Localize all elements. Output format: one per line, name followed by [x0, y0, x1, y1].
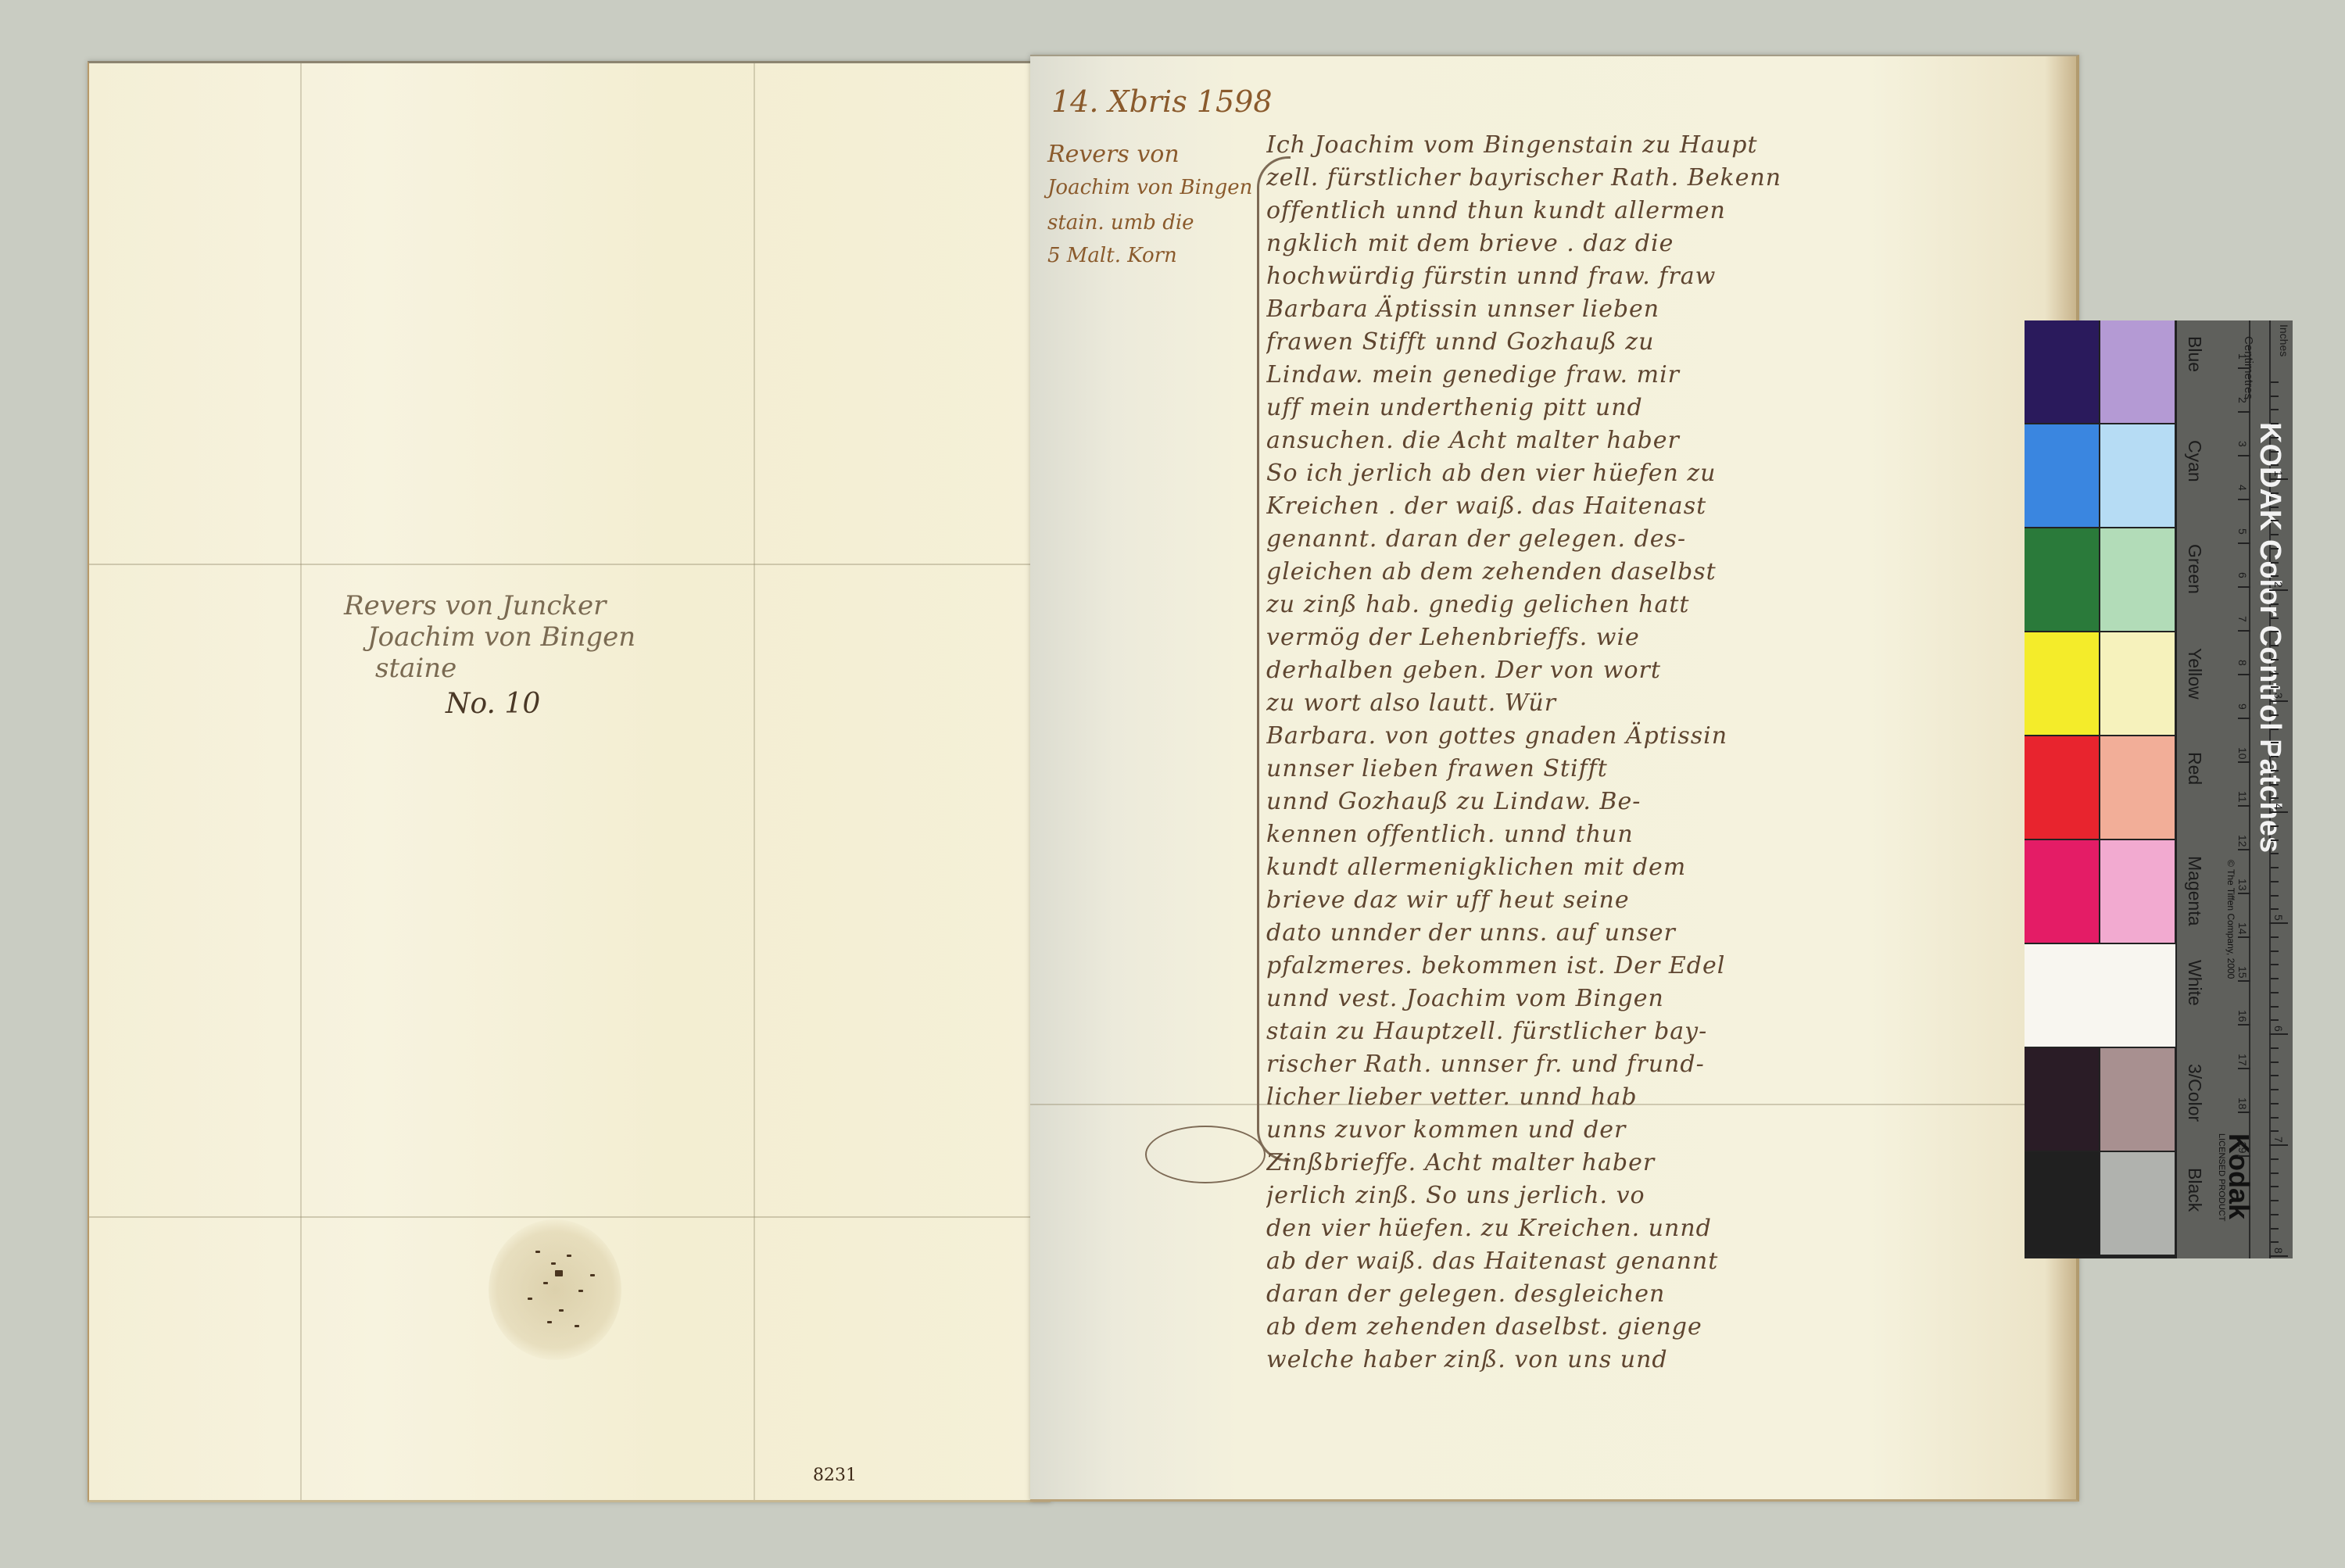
inch-subtick [2271, 423, 2279, 424]
units-inches: Inches [2278, 324, 2290, 356]
cm-tick-label: 5 [2236, 528, 2249, 535]
body-line: gleichen ab dem zehenden daselbst [1266, 556, 1985, 589]
inch-subtick [2271, 1061, 2279, 1063]
cm-tick [2238, 499, 2250, 500]
cm-tick [2238, 630, 2250, 632]
body-line: ngklich mit dem brieve . daz die [1266, 227, 1985, 260]
body-line: uff mein underthenig pitt und [1266, 392, 1985, 424]
inch-subtick [2271, 895, 2279, 897]
body-line: offentlich unnd thun kundt allermen [1266, 195, 1985, 227]
body-line: unnser lieben frawen Stifft [1266, 753, 1985, 786]
cm-tick [2238, 1155, 2250, 1157]
body-line: ab dem zehenden daselbst. gienge [1266, 1311, 1985, 1344]
inch-tick-label: 8 [2272, 1248, 2285, 1254]
cm-tick-label: 9 [2236, 703, 2249, 710]
cm-tick-label: 15 [2236, 966, 2249, 979]
inch-tick-label: 6 [2272, 1026, 2285, 1032]
cm-tick [2238, 586, 2250, 588]
body-line: rischer Rath. unnser fr. und frund- [1266, 1048, 1985, 1081]
body-line: licher lieber vetter. unnd hab [1266, 1081, 1985, 1114]
patch-label: Green [2184, 544, 2205, 594]
patch-label: Yellow [2184, 648, 2205, 700]
patch-blue-light [2100, 320, 2175, 423]
body-line: zell. fürstlicher bayrischer Rath. Beken… [1266, 162, 1985, 195]
body-line: unns zuvor kommen und der [1266, 1114, 1985, 1147]
inch-subtick [2271, 1117, 2279, 1119]
patch-3-color-dark [2025, 1048, 2099, 1151]
body-line: welche haber zinß. von uns und [1266, 1344, 1985, 1376]
cm-tick [2238, 455, 2250, 456]
patch-magenta-dark [2025, 840, 2099, 943]
body-line: Barbara. von gottes gnaden Äptissin [1266, 720, 1985, 753]
inch-subtick [2271, 396, 2279, 397]
body-line: Kreichen . der waiß. das Haitenast [1266, 490, 1985, 523]
patch-label: 3/Color [2184, 1064, 2205, 1122]
cm-tick-label: 10 [2236, 747, 2249, 760]
inch-subtick [2271, 1006, 2279, 1008]
patch-green-light [2100, 528, 2175, 631]
ruler-scale: Centimetres Inches KODAK Color Control P… [2177, 320, 2293, 1258]
patch-label: Black [2184, 1168, 2205, 1212]
patch-red-light [2100, 736, 2175, 839]
body-line: kennen offentlich. unnd thun [1266, 818, 1985, 851]
cm-tick-label: 16 [2236, 1010, 2249, 1022]
patch-yellow-light [2100, 632, 2175, 735]
inch-subtick [2271, 756, 2279, 757]
body-line: unnd vest. Joachim vom Bingen [1266, 983, 1985, 1015]
inch-subtick [2271, 908, 2279, 910]
margin-note-line: Revers von [1047, 141, 1180, 168]
inch-subtick [2271, 1089, 2279, 1090]
cm-tick [2238, 936, 2250, 938]
docket-line: Revers von Juncker [344, 590, 606, 621]
inch-tick-label: 7 [2272, 1137, 2285, 1143]
patch-black-light [2100, 1152, 2175, 1255]
inch-subtick [2271, 964, 2279, 965]
inch-subtick [2271, 978, 2279, 979]
inch-subtick [2271, 645, 2279, 646]
patch-black-dark [2025, 1152, 2099, 1255]
inch-subtick [2271, 992, 2279, 993]
cm-tick [2238, 1068, 2250, 1069]
body-line: den vier hüefen. zu Kreichen. unnd [1266, 1212, 1985, 1245]
inch-subtick [2271, 534, 2279, 535]
cm-tick-label: 6 [2236, 572, 2249, 578]
cm-tick-label: 11 [2236, 791, 2249, 803]
patch-3-color-light [2100, 1048, 2175, 1151]
body-line: Ich Joachim vom Bingenstain zu Haupt [1266, 129, 1985, 162]
docket-line: staine [375, 653, 456, 684]
inch-subtick [2271, 437, 2279, 439]
inch-subtick [2271, 1186, 2279, 1187]
body-line: ab der waiß. das Haitenast genannt [1266, 1245, 1985, 1278]
inch-subtick [2271, 659, 2279, 660]
inch-tick [2269, 922, 2288, 924]
inch-tick-label: 5 [2272, 915, 2285, 921]
body-line: daran der gelegen. desgleichen [1266, 1278, 1985, 1311]
body-line: unnd Gozhauß zu Lindaw. Be- [1266, 786, 1985, 818]
body-line: frawen Stifft unnd Gozhauß zu [1266, 326, 1985, 359]
inch-tick [2269, 700, 2288, 702]
cm-tick [2238, 1024, 2250, 1026]
patch-label: White [2184, 960, 2205, 1006]
cm-tick-label: 14 [2236, 922, 2249, 935]
inch-tick [2269, 811, 2288, 813]
inch-subtick [2271, 742, 2279, 743]
inch-subtick [2271, 714, 2279, 716]
inch-subtick [2271, 881, 2279, 882]
inch-subtick [2271, 1172, 2279, 1174]
inch-tick [2269, 478, 2288, 480]
color-patches [2025, 320, 2177, 1258]
cm-tick-label: 4 [2236, 485, 2249, 491]
inch-subtick [2271, 950, 2279, 952]
cm-tick [2238, 718, 2250, 719]
inch-subtick [2271, 464, 2279, 466]
inch-subtick [2271, 562, 2279, 564]
body-line: jerlich zinß. So uns jerlich. vo [1266, 1180, 1985, 1212]
cm-tick [2238, 849, 2250, 850]
margin-note-line: 5 Malt. Korn [1047, 244, 1177, 267]
cm-tick-label: 13 [2236, 879, 2249, 891]
inch-subtick [2271, 1214, 2279, 1215]
patch-label: Red [2184, 752, 2205, 785]
cm-tick-label: 18 [2236, 1097, 2249, 1110]
inch-tick-label: 2 [2272, 582, 2285, 588]
inch-subtick [2271, 1103, 2279, 1104]
cm-tick [2238, 411, 2250, 413]
inch-subtick [2271, 381, 2279, 383]
inch-subtick [2271, 631, 2279, 632]
cm-tick [2238, 1112, 2250, 1113]
body-line: pfalzmeres. bekommen ist. Der Edel [1266, 950, 1985, 983]
cm-tick-label: 17 [2236, 1054, 2249, 1066]
kodak-color-target: Centimetres Inches KODAK Color Control P… [2025, 320, 2294, 1258]
body-line: hochwürdig fürstin unnd fraw. fraw [1266, 260, 1985, 293]
inch-subtick [2271, 1130, 2279, 1132]
body-line: Zinßbrieffe. Acht malter haber [1266, 1147, 1985, 1180]
fold-line [89, 564, 1051, 565]
body-line: derhalben geben. Der von wort [1266, 654, 1985, 687]
patch-yellow-dark [2025, 632, 2099, 735]
inch-subtick [2271, 784, 2279, 786]
body-line: brieve daz wir uff heut seine [1266, 884, 1985, 917]
cm-tick-label: 19 [2236, 1141, 2249, 1154]
inch-tick [2269, 1144, 2288, 1146]
cm-tick-label: 12 [2236, 835, 2249, 847]
inch-subtick [2271, 507, 2279, 508]
body-line: zu zinß hab. gnedig gelichen hatt [1266, 589, 1985, 621]
inch-tick-label: 4 [2272, 804, 2285, 810]
body-line: vermög der Lehenbrieffs. wie [1266, 621, 1985, 654]
inch-tick [2269, 1033, 2288, 1035]
inch-subtick [2271, 1047, 2279, 1049]
margin-note-line: Joachim von Bingen [1047, 176, 1252, 199]
cm-scale-line [2249, 320, 2250, 1258]
inch-subtick [2271, 770, 2279, 771]
fold-line [754, 63, 755, 1500]
body-line: genannt. daran der gelegen. des- [1266, 523, 1985, 556]
inch-subtick [2271, 853, 2279, 854]
inch-subtick [2271, 1241, 2279, 1243]
letter-body: Ich Joachim vom Bingenstain zu Haupt zel… [1266, 129, 1985, 1376]
cm-tick [2238, 761, 2250, 763]
archive-number: 8231 [813, 1466, 857, 1485]
inch-subtick [2271, 797, 2279, 799]
inch-subtick [2271, 451, 2279, 453]
body-line: zu wort also lautt. Wür [1266, 687, 1985, 720]
seal-stain [489, 1219, 621, 1360]
patch-white [2025, 944, 2175, 1047]
cm-tick-label: 8 [2236, 660, 2249, 666]
inch-subtick [2271, 839, 2279, 841]
inch-tick-label: 1 [2272, 471, 2285, 477]
patch-green-dark [2025, 528, 2099, 631]
cm-tick [2238, 893, 2250, 894]
cm-tick-label: 1 [2236, 353, 2249, 360]
flourish [1145, 1126, 1266, 1183]
fold-line [300, 63, 302, 1500]
reference-number: No. 10 [446, 688, 540, 720]
patch-magenta-light [2100, 840, 2175, 943]
body-line: Lindaw. mein genedige fraw. mir [1266, 359, 1985, 392]
copyright-text: © The Tiffen Company, 2000 [2225, 860, 2236, 979]
patch-label: Magenta [2184, 856, 2205, 926]
inch-subtick [2271, 603, 2279, 605]
docket-line: Joachim von Bingen [367, 621, 635, 653]
inch-subtick [2271, 618, 2279, 619]
body-line: ansuchen. die Acht malter haber [1266, 424, 1985, 457]
inch-subtick [2271, 1158, 2279, 1160]
inch-subtick [2271, 825, 2279, 827]
inch-subtick [2271, 1228, 2279, 1230]
date-heading: 14. Xbris 1598 [1051, 84, 1273, 119]
patch-cyan-dark [2025, 424, 2099, 527]
cm-tick-label: 7 [2236, 616, 2249, 622]
inch-tick [2269, 589, 2288, 591]
body-line: So ich jerlich ab den vier hüefen zu [1266, 457, 1985, 490]
inch-subtick [2271, 1075, 2279, 1076]
inch-tick [2269, 1255, 2288, 1257]
cm-tick [2238, 367, 2250, 369]
inch-subtick [2271, 492, 2279, 494]
body-line: kundt allermenigklichen mit dem [1266, 851, 1985, 884]
inch-tick-label: 3 [2272, 693, 2285, 699]
inch-subtick [2271, 686, 2279, 688]
cm-tick-label: 3 [2236, 441, 2249, 447]
cm-tick-label: 2 [2236, 397, 2249, 403]
inch-subtick [2271, 548, 2279, 550]
body-line: stain zu Hauptzell. fürstlicher bay- [1266, 1015, 1985, 1048]
inch-subtick [2271, 409, 2279, 410]
inch-subtick [2271, 936, 2279, 938]
inch-subtick [2271, 867, 2279, 868]
inch-subtick [2271, 673, 2279, 675]
inch-subtick [2271, 1019, 2279, 1021]
cm-tick [2238, 542, 2250, 544]
inch-subtick [2271, 729, 2279, 730]
cm-tick [2238, 980, 2250, 982]
fold-line [89, 1216, 1051, 1218]
patch-label: Cyan [2184, 440, 2205, 482]
margin-note-line: stain. umb die [1047, 211, 1194, 234]
body-line: Barbara Äptissin unnser lieben [1266, 293, 1985, 326]
cm-tick [2238, 805, 2250, 807]
kodak-title: KODAK Color Control Patches [2253, 422, 2286, 853]
patch-blue-dark [2025, 320, 2099, 423]
cm-tick [2238, 674, 2250, 675]
inch-subtick [2271, 575, 2279, 577]
inch-subtick [2271, 1200, 2279, 1201]
inch-subtick [2271, 520, 2279, 521]
patch-red-dark [2025, 736, 2099, 839]
license-text: LICENSED PRODUCT [2217, 1133, 2226, 1221]
patch-label: Blue [2184, 336, 2205, 372]
body-line: dato unnder der unns. auf unser [1266, 917, 1985, 950]
patch-cyan-light [2100, 424, 2175, 527]
